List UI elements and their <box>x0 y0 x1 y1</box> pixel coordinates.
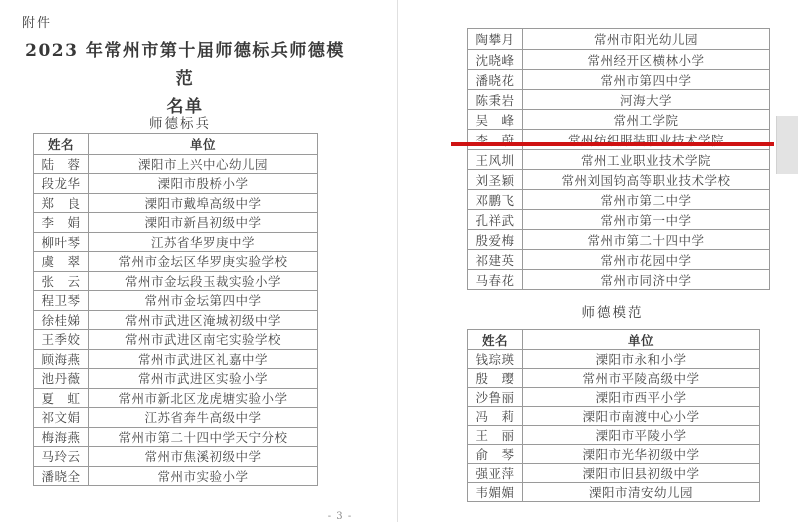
table-row: 冯 莉溧阳市南渡中心小学 <box>468 406 759 425</box>
name-column-header: 姓名 <box>34 134 89 154</box>
name-cell: 池丹薇 <box>34 369 89 388</box>
biaobing-table-continued: 陶攀月常州市阳光幼儿园沈晓峰常州经开区横林小学潘晓花常州市第四中学陈秉岩河海大学… <box>467 28 770 290</box>
section-title-biaobing: 师德标兵 <box>20 112 340 132</box>
red-underline-annotation <box>451 142 774 146</box>
table-row: 殷 璎常州市平陵高级中学 <box>468 368 759 387</box>
table-row: 陆 蓉溧阳市上兴中心幼儿园 <box>34 154 317 174</box>
unit-cell: 溧阳市平陵小学 <box>523 426 759 444</box>
scan-edge-shade <box>776 116 798 174</box>
name-cell: 韦媚媚 <box>468 483 523 501</box>
biaobing-table: 姓名 单位 陆 蓉溧阳市上兴中心幼儿园段龙华溧阳市殷桥小学郑 良溧阳市戴埠高级中… <box>33 133 318 486</box>
name-cell: 殷爱梅 <box>468 230 523 249</box>
mofan-table: 姓名 单位 钱琮瑛溧阳市永和小学殷 璎常州市平陵高级中学沙鲁丽溧阳市西平小学冯 … <box>467 329 760 502</box>
unit-cell: 溧阳市上兴中心幼儿园 <box>89 155 317 174</box>
name-cell: 祁建英 <box>468 250 523 269</box>
table-row: 潘晓全常州市实验小学 <box>34 466 317 486</box>
table-row: 邓鹏飞常州市第二中学 <box>468 189 769 209</box>
table-row: 沈晓峰常州经开区横林小学 <box>468 49 769 69</box>
name-cell: 王季姣 <box>34 330 89 349</box>
table-row: 钱琮瑛溧阳市永和小学 <box>468 349 759 368</box>
name-cell: 顾海燕 <box>34 350 89 369</box>
name-cell: 孔祥武 <box>468 210 523 229</box>
unit-cell: 河海大学 <box>523 90 769 109</box>
name-cell: 李 蔚 <box>468 130 523 149</box>
name-cell: 吴 峰 <box>468 110 523 129</box>
table-row: 张 云常州市金坛段玉裁实验小学 <box>34 271 317 291</box>
name-cell: 王风圳 <box>468 150 523 169</box>
table-row: 强亚萍溧阳市旧县初级中学 <box>468 463 759 482</box>
table-row: 沙鲁丽溧阳市西平小学 <box>468 387 759 406</box>
section-title-mofan: 师德模范 <box>467 301 758 321</box>
table-row: 俞 琴溧阳市光华初级中学 <box>468 444 759 463</box>
name-cell: 段龙华 <box>34 174 89 193</box>
name-cell: 潘晓全 <box>34 467 89 486</box>
table-row: 王 丽溧阳市平陵小学 <box>468 425 759 444</box>
table-row: 徐桂娣常州市武进区淹城初级中学 <box>34 310 317 330</box>
unit-cell: 常州工业职业技术学院 <box>523 150 769 169</box>
table-row: 顾海燕常州市武进区礼嘉中学 <box>34 349 317 369</box>
name-cell: 沙鲁丽 <box>468 388 523 406</box>
name-cell: 邓鹏飞 <box>468 190 523 209</box>
unit-cell: 常州市阳光幼儿园 <box>523 29 769 49</box>
table-row: 夏 虹常州市新北区龙虎塘实验小学 <box>34 388 317 408</box>
table-row: 孔祥武常州市第一中学 <box>468 209 769 229</box>
table-row: 梅海燕常州市第二十四中学天宁分校 <box>34 427 317 447</box>
table-row: 刘圣颖常州刘国钧高等职业技术学校 <box>468 169 769 189</box>
unit-cell: 常州市第二中学 <box>523 190 769 209</box>
name-cell: 马玲云 <box>34 447 89 466</box>
table-row: 马玲云常州市焦溪初级中学 <box>34 446 317 466</box>
table-header-row: 姓名 单位 <box>34 134 317 154</box>
unit-cell: 常州市第四中学 <box>523 70 769 89</box>
unit-cell: 常州市焦溪初级中学 <box>89 447 317 466</box>
unit-cell: 常州纺织服装职业技术学院 <box>523 130 769 149</box>
name-cell: 陆 蓉 <box>34 155 89 174</box>
name-cell: 李 娟 <box>34 213 89 232</box>
table-row: 陶攀月常州市阳光幼儿园 <box>468 29 769 49</box>
unit-cell: 常州市同济中学 <box>523 270 769 289</box>
name-cell: 俞 琴 <box>468 445 523 463</box>
name-cell: 潘晓花 <box>468 70 523 89</box>
unit-cell: 溧阳市戴埠高级中学 <box>89 194 317 213</box>
name-column-header: 姓名 <box>468 330 523 349</box>
table-row: 郑 良溧阳市戴埠高级中学 <box>34 193 317 213</box>
unit-cell: 常州市第一中学 <box>523 210 769 229</box>
unit-cell: 常州市金坛段玉裁实验小学 <box>89 272 317 291</box>
name-cell: 沈晓峰 <box>468 50 523 69</box>
unit-cell: 常州刘国钧高等职业技术学校 <box>523 170 769 189</box>
table-row: 王季姣常州市武进区南宅实验学校 <box>34 329 317 349</box>
unit-cell: 溧阳市南渡中心小学 <box>523 407 759 425</box>
document-title-line1: 2023 年常州市第十届师德标兵师德模范 <box>18 37 352 93</box>
unit-cell: 常州市金坛区华罗庚实验学校 <box>89 252 317 271</box>
table-row: 潘晓花常州市第四中学 <box>468 69 769 89</box>
name-cell: 殷 璎 <box>468 369 523 387</box>
table-row: 祁文娟江苏省奔牛高级中学 <box>34 407 317 427</box>
unit-cell: 常州市金坛第四中学 <box>89 291 317 310</box>
name-cell: 张 云 <box>34 272 89 291</box>
page-divider <box>397 0 398 522</box>
table-row: 段龙华溧阳市殷桥小学 <box>34 173 317 193</box>
unit-cell: 常州市第二十四中学天宁分校 <box>89 428 317 447</box>
page-number: - 3 - <box>318 511 362 522</box>
table-row: 陈秉岩河海大学 <box>468 89 769 109</box>
unit-cell: 溧阳市清安幼儿园 <box>523 483 759 501</box>
name-cell: 柳叶琴 <box>34 233 89 252</box>
table-row: 池丹薇常州市武进区实验小学 <box>34 368 317 388</box>
unit-cell: 常州市武进区淹城初级中学 <box>89 311 317 330</box>
table-row: 马春花常州市同济中学 <box>468 269 769 289</box>
attachment-label: 附件 <box>22 12 52 31</box>
unit-cell: 江苏省奔牛高级中学 <box>89 408 317 427</box>
unit-cell: 溧阳市殷桥小学 <box>89 174 317 193</box>
unit-cell: 常州市第二十四中学 <box>523 230 769 249</box>
table-row: 李 娟溧阳市新昌初级中学 <box>34 212 317 232</box>
unit-column-header: 单位 <box>89 134 317 154</box>
unit-cell: 常州市平陵高级中学 <box>523 369 759 387</box>
name-cell: 马春花 <box>468 270 523 289</box>
table-row: 虞 翠常州市金坛区华罗庚实验学校 <box>34 251 317 271</box>
unit-cell: 常州市武进区南宅实验学校 <box>89 330 317 349</box>
name-cell: 陈秉岩 <box>468 90 523 109</box>
name-cell: 刘圣颖 <box>468 170 523 189</box>
name-cell: 程卫琴 <box>34 291 89 310</box>
name-cell: 徐桂娣 <box>34 311 89 330</box>
unit-cell: 常州市武进区礼嘉中学 <box>89 350 317 369</box>
table-header-row: 姓名 单位 <box>468 330 759 349</box>
name-cell: 钱琮瑛 <box>468 350 523 368</box>
unit-cell: 溧阳市新昌初级中学 <box>89 213 317 232</box>
name-cell: 虞 翠 <box>34 252 89 271</box>
unit-cell: 常州市新北区龙虎塘实验小学 <box>89 389 317 408</box>
name-cell: 郑 良 <box>34 194 89 213</box>
unit-cell: 常州经开区横林小学 <box>523 50 769 69</box>
unit-cell: 常州市武进区实验小学 <box>89 369 317 388</box>
name-cell: 强亚萍 <box>468 464 523 482</box>
table-row: 程卫琴常州市金坛第四中学 <box>34 290 317 310</box>
table-row: 李 蔚常州纺织服装职业技术学院 <box>468 129 769 149</box>
unit-cell: 溧阳市旧县初级中学 <box>523 464 759 482</box>
table-row: 韦媚媚溧阳市清安幼儿园 <box>468 482 759 501</box>
unit-column-header: 单位 <box>523 330 759 349</box>
unit-cell: 常州市花园中学 <box>523 250 769 269</box>
table-row: 柳叶琴江苏省华罗庚中学 <box>34 232 317 252</box>
name-cell: 祁文娟 <box>34 408 89 427</box>
table-row: 王风圳常州工业职业技术学院 <box>468 149 769 169</box>
table-row: 祁建英常州市花园中学 <box>468 249 769 269</box>
unit-cell: 溧阳市光华初级中学 <box>523 445 759 463</box>
name-cell: 梅海燕 <box>34 428 89 447</box>
unit-cell: 溧阳市永和小学 <box>523 350 759 368</box>
table-row: 吴 峰常州工学院 <box>468 109 769 129</box>
table-row: 殷爱梅常州市第二十四中学 <box>468 229 769 249</box>
unit-cell: 常州市实验小学 <box>89 467 317 486</box>
name-cell: 陶攀月 <box>468 29 523 49</box>
unit-cell: 溧阳市西平小学 <box>523 388 759 406</box>
document-title: 2023 年常州市第十届师德标兵师德模范 名单 <box>18 37 352 121</box>
name-cell: 夏 虹 <box>34 389 89 408</box>
unit-cell: 常州工学院 <box>523 110 769 129</box>
name-cell: 王 丽 <box>468 426 523 444</box>
unit-cell: 江苏省华罗庚中学 <box>89 233 317 252</box>
name-cell: 冯 莉 <box>468 407 523 425</box>
